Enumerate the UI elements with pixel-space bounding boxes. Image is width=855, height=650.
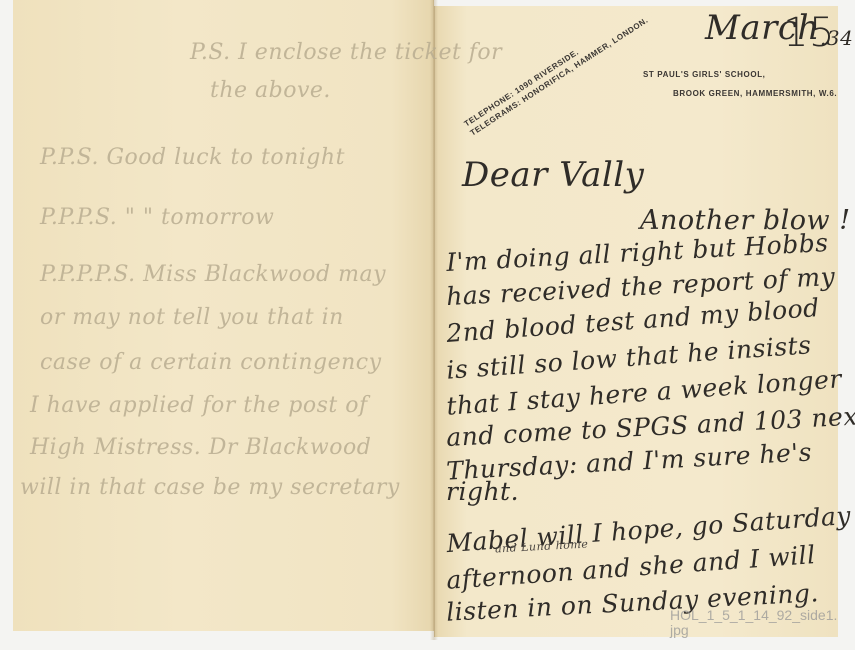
bleed-line: or may not tell you that in bbox=[40, 305, 344, 330]
bleed-line: P.S. I enclose the ticket for bbox=[190, 40, 502, 65]
bleed-line: I have applied for the post of bbox=[30, 393, 368, 418]
bleed-line: the above. bbox=[210, 78, 331, 103]
bleed-line: case of a certain contingency bbox=[40, 350, 382, 375]
watermark-line: HOL_1_5_1_14_92_side1. bbox=[670, 608, 837, 623]
letterhead-address: BROOK GREEN, HAMMERSMITH, W.6. bbox=[673, 89, 837, 98]
bleed-line: High Mistress. Dr Blackwood bbox=[30, 435, 371, 460]
bleed-line: P.P.P.P.S. Miss Blackwood may bbox=[40, 262, 386, 287]
bleed-line: will in that case be my secretary bbox=[20, 475, 400, 500]
date-year: .34 bbox=[820, 26, 853, 50]
bleed-line: P.P.P.S. " " tomorrow bbox=[40, 205, 274, 230]
filename-watermark: HOL_1_5_1_14_92_side1. jpg bbox=[670, 608, 837, 638]
salutation: Dear Vally bbox=[462, 155, 644, 195]
bleed-line: P.P.S. Good luck to tonight bbox=[40, 145, 345, 170]
letterhead-school: ST PAUL'S GIRLS' SCHOOL, bbox=[643, 70, 766, 79]
watermark-line: jpg bbox=[670, 623, 837, 638]
body-line: right. bbox=[446, 477, 519, 506]
page-fold bbox=[430, 0, 438, 640]
